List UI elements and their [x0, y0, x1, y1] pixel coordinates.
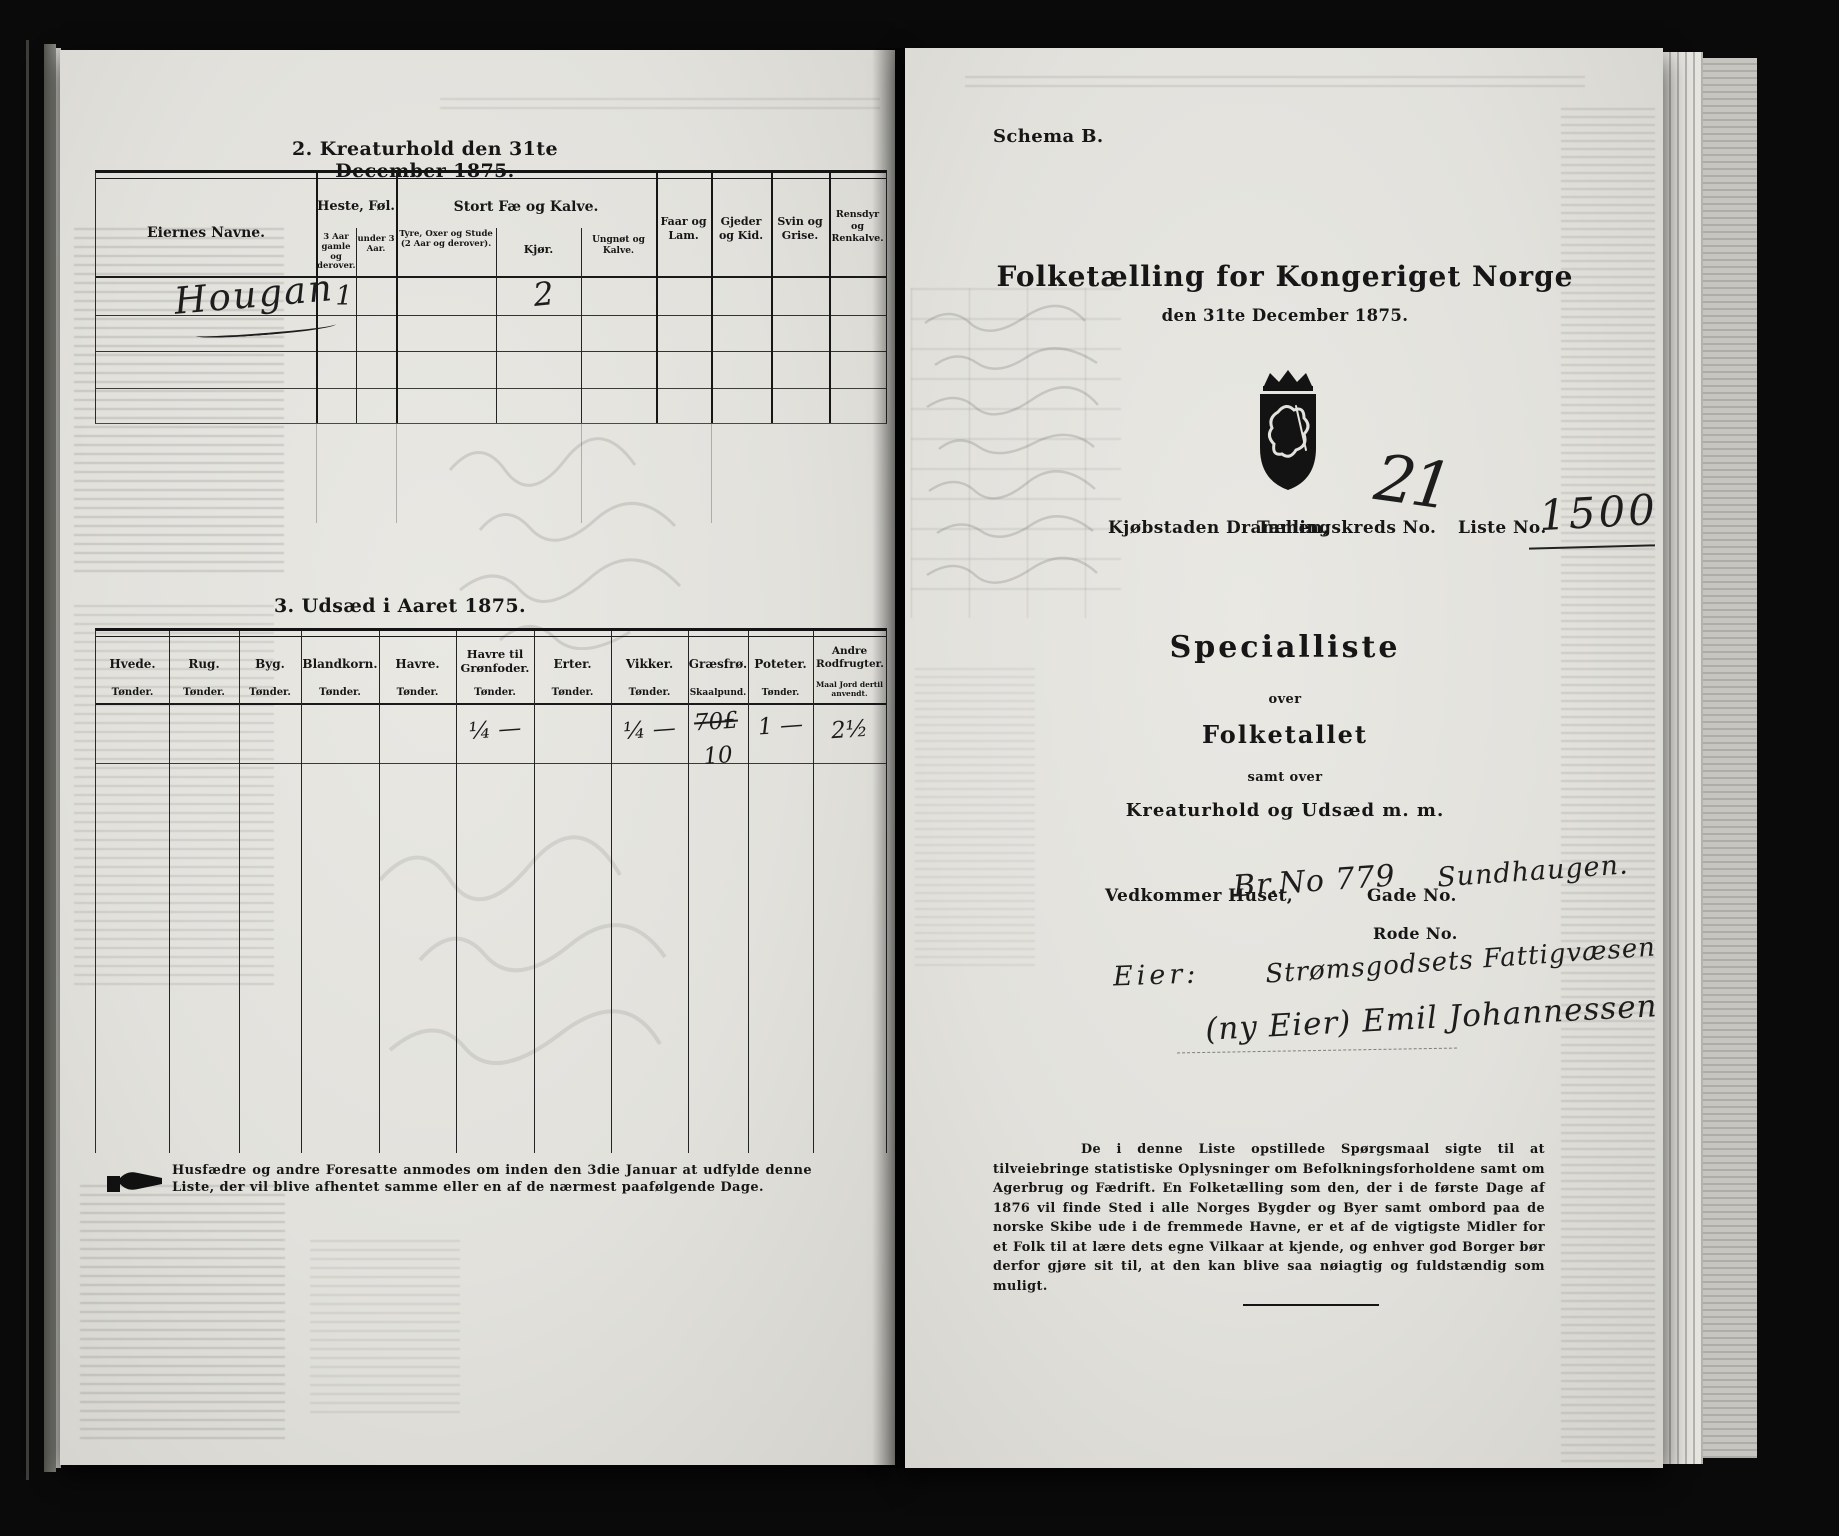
book-edge-left-inner: [44, 44, 56, 1472]
bleedthrough-mirrored-header: [440, 98, 880, 112]
table2-ghost-line: [581, 423, 582, 523]
liste-label: Liste No.: [1458, 518, 1547, 538]
table2: Eiernes Navne. Heste, Føl. 3 Aar gamle o…: [95, 170, 887, 424]
poteter-value: 1 —: [747, 711, 814, 741]
book-fore-edge: [1703, 58, 1757, 1458]
new-owner-strike-line: [1177, 1048, 1457, 1054]
table2-faar-header: Faar og Lam.: [658, 215, 709, 243]
table3-col-erter: Erter. Tønder.: [534, 631, 611, 703]
heading-specialliste: Specialliste: [985, 630, 1585, 665]
liste-number-handwritten: 1500: [1538, 485, 1659, 540]
table2-gjeder-header: Gjeder og Kid.: [713, 215, 769, 243]
pointing-hand-icon: [106, 1168, 164, 1198]
table3: Hvede. Tønder. Rug. Tønder. Byg. Tønder.…: [95, 628, 887, 1153]
table3-col-line: [748, 631, 749, 1153]
table2-col-line: [356, 228, 357, 423]
table2-col-line: [581, 228, 582, 423]
table3-col-blandkorn: Blandkorn. Tønder.: [301, 631, 379, 703]
table2-col-line: [656, 173, 658, 423]
table2-heste-sub2-header: under 3 Aar.: [357, 235, 395, 255]
bleedthrough-mirrored-header: [965, 76, 1585, 91]
table3-col-line: [379, 631, 380, 1153]
footnote-text: Husfædre og andre Foresatte anmodes om i…: [172, 1162, 812, 1196]
table2-fae-sub2-header: Kjør.: [497, 243, 580, 256]
table3-col-line: [301, 631, 302, 1153]
table3-col-line: [688, 631, 689, 1153]
table3-col-poteter: Poteter. Tønder.: [748, 631, 813, 703]
table2-fae-sub1-header: Tyre, Oxer og Stude (2 Aar og derover).: [398, 229, 494, 249]
district-label: Tællingskreds No.: [1257, 518, 1436, 538]
table2-ghost-line: [711, 423, 712, 523]
table2-svin-header: Svin og Grise.: [773, 215, 827, 243]
table2-heste-group-header: Heste, Føl.: [316, 199, 396, 214]
kjor-count-handwritten: 2: [504, 271, 583, 317]
table3-col-rug: Rug. Tønder.: [169, 631, 239, 703]
havre-gronfoder-value: ¼ —: [455, 714, 535, 745]
heading-folketallet: Folketallet: [985, 720, 1585, 749]
rode-label: Rode No.: [1373, 924, 1458, 943]
table3-col-line: [534, 631, 535, 1153]
schema-label: Schema B.: [993, 126, 1104, 147]
table3-title: 3. Udsæd i Aaret 1875.: [245, 595, 555, 617]
left-page: 2. Kreaturhold den 31te December 1875.: [60, 50, 895, 1465]
norway-coat-of-arms: [1252, 370, 1324, 492]
table3-col-havre: Havre. Tønder.: [379, 631, 456, 703]
table3-col-line: [456, 631, 457, 1153]
table3-col-vikker: Vikker. Tønder.: [611, 631, 688, 703]
table2-topline-inner: [96, 178, 886, 179]
instructions-paragraph: De i denne Liste opstillede Spørgsmaal s…: [993, 1140, 1545, 1296]
table3-col-line: [169, 631, 170, 1153]
vikker-value: ¼ —: [610, 714, 689, 745]
heading-over: over: [985, 692, 1585, 707]
form-subtitle: den 31te December 1875.: [985, 306, 1585, 325]
book-edge-left-outer: [26, 40, 29, 1480]
form-title: Folketælling for Kongeriget Norge: [985, 260, 1585, 293]
bleedthrough-handwriting: [440, 430, 860, 650]
book-scan: 2. Kreaturhold den 31te December 1875.: [0, 0, 1839, 1536]
table3-col-line: [239, 631, 240, 1153]
table2-fae-group-header: Stort Fæ og Kalve.: [396, 199, 656, 215]
graesfro-value-struck: 70£: [683, 707, 749, 737]
graesfro-value: 10: [687, 741, 749, 771]
owner-label-handwritten: Eier:: [1112, 959, 1199, 993]
table3-col-line: [813, 631, 814, 1153]
table3-col-line: [611, 631, 612, 1153]
table2-ghost-line: [316, 423, 317, 523]
district-number-handwritten: 21: [1370, 441, 1453, 525]
table2-col-line: [496, 228, 497, 423]
table3-col-havre-gronfoder: Havre til Grønfoder. Tønder.: [456, 631, 534, 703]
table2-row-line: [96, 388, 886, 389]
table2-owner-header: Eiernes Navne.: [126, 225, 286, 241]
heste-count-handwritten: 1: [324, 281, 364, 312]
bleedthrough-handwriting: [915, 303, 1215, 623]
table2-ghost-line: [396, 423, 397, 523]
heading-samt-over: samt over: [985, 770, 1585, 785]
page-stack-right: [1663, 52, 1703, 1464]
table2-col-line: [711, 173, 713, 423]
bleedthrough-print: [80, 1185, 285, 1440]
table3-header-line: [96, 703, 886, 705]
heading-kreaturhold: Kreaturhold og Udsæd m. m.: [985, 800, 1585, 821]
table2-fae-sub3-header: Ungnøt og Kalve.: [583, 235, 654, 257]
closing-rule: [1243, 1304, 1379, 1306]
right-page: Schema B. Folketælling for Kongeriget No…: [905, 48, 1663, 1468]
table3-col-hvede: Hvede. Tønder.: [96, 631, 169, 703]
table2-col-line: [771, 173, 773, 423]
table3-col-byg: Byg. Tønder.: [239, 631, 301, 703]
table3-row-line: [96, 763, 886, 764]
bleedthrough-print: [310, 1240, 460, 1420]
table2-row-line: [96, 351, 886, 352]
table3-col-graesfro: Græsfrø. Skaalpund.: [688, 631, 748, 703]
